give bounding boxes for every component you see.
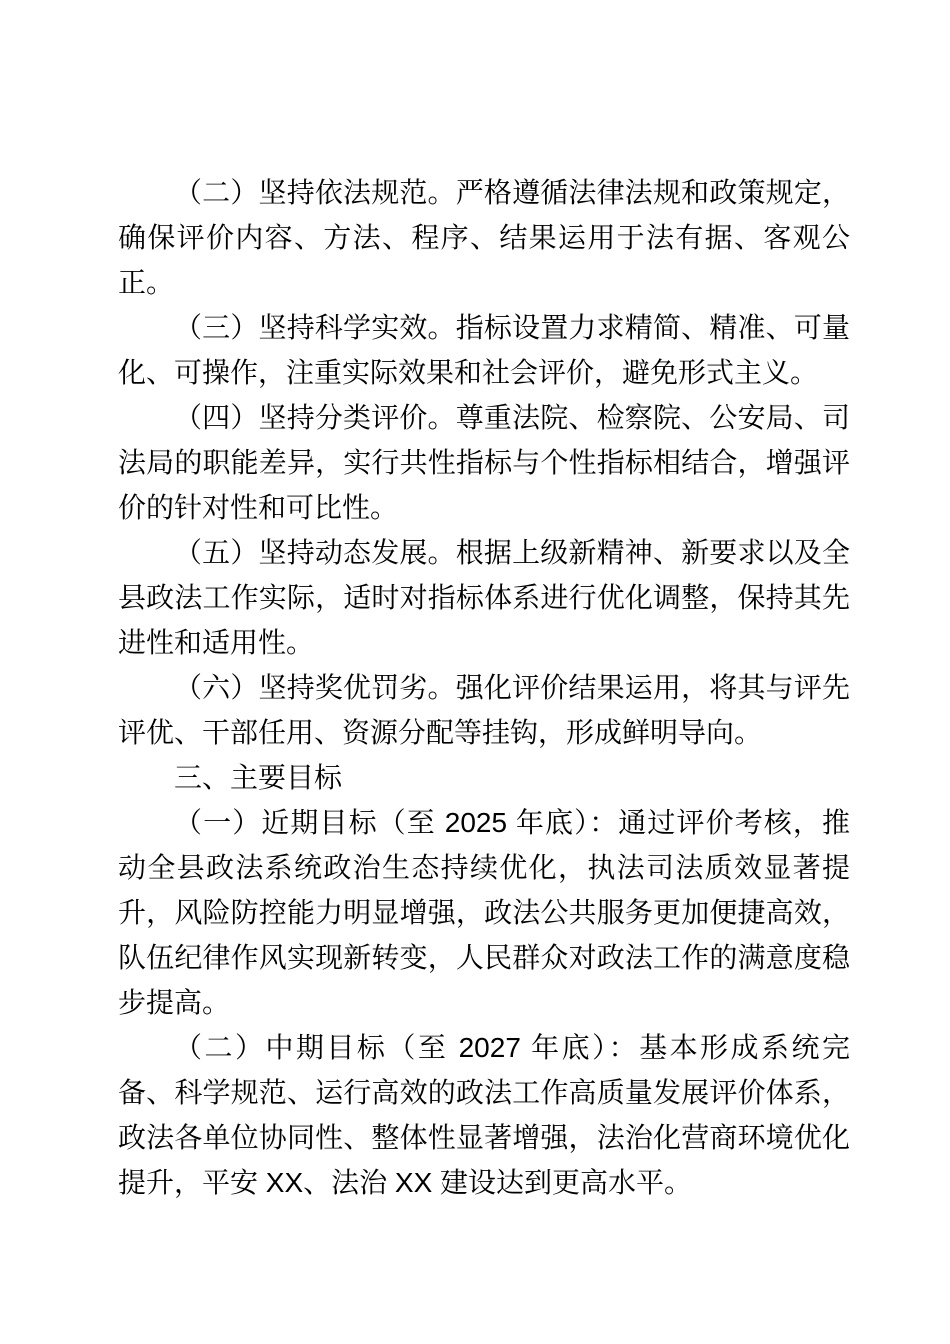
paragraph-principle-5-dynamic-development: （五）坚持动态发展。根据上级新精神、新要求以及全县政法工作实际，适时对指标体系进… (118, 530, 850, 665)
paragraph-principle-3-scientific-effectiveness: （三）坚持科学实效。指标设置力求精简、精准、可量化、可操作，注重实际效果和社会评… (118, 305, 850, 395)
paragraph-goal-2-mid-term-2027: （二）中期目标（至 2027 年底）：基本形成系统完备、科学规范、运行高效的政法… (118, 1025, 850, 1205)
paragraph-principle-2-rule-of-law: （二）坚持依法规范。严格遵循法律法规和政策规定，确保评价内容、方法、程序、结果运… (118, 170, 850, 305)
heading-main-goals: 三、主要目标 (118, 755, 850, 800)
paragraph-goal-1-near-term-2025: （一）近期目标（至 2025 年底）：通过评价考核，推动全县政法系统政治生态持续… (118, 800, 850, 1025)
paragraph-principle-4-classified-evaluation: （四）坚持分类评价。尊重法院、检察院、公安局、司法局的职能差异，实行共性指标与个… (118, 395, 850, 530)
document-page: （二）坚持依法规范。严格遵循法律法规和政策规定，确保评价内容、方法、程序、结果运… (0, 0, 950, 1344)
paragraph-principle-6-reward-and-punishment: （六）坚持奖优罚劣。强化评价结果运用，将其与评先评优、干部任用、资源分配等挂钩，… (118, 665, 850, 755)
